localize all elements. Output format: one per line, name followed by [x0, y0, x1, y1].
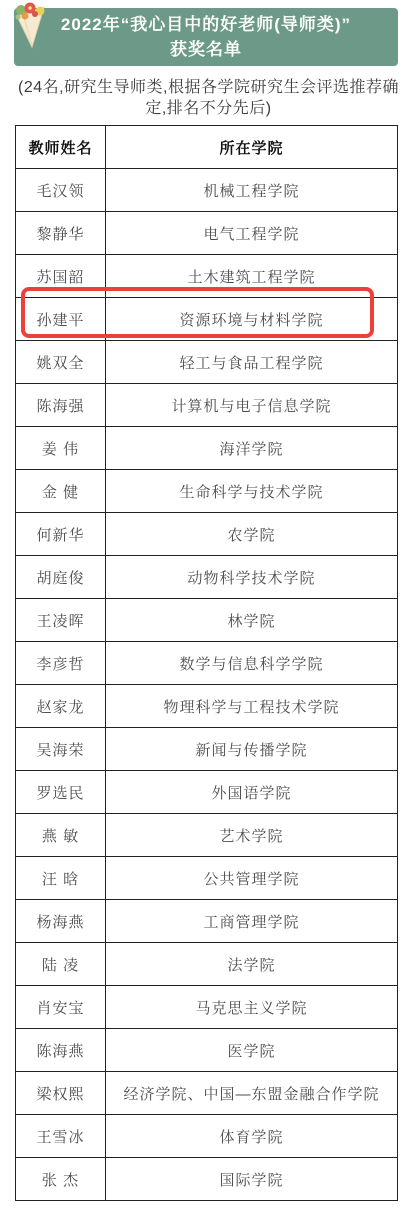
- table-row: 姜 伟海洋学院: [16, 427, 398, 470]
- page-title-line2: 获奖名单: [14, 37, 398, 62]
- college-cell: 医学院: [106, 1029, 398, 1072]
- teacher-name-cell: 赵家龙: [16, 685, 106, 728]
- teacher-name-cell: 张 杰: [16, 1158, 106, 1201]
- table-row: 张 杰国际学院: [16, 1158, 398, 1201]
- college-cell: 体育学院: [106, 1115, 398, 1158]
- table-row: 汪 晗公共管理学院: [16, 857, 398, 900]
- header-college: 所在学院: [106, 126, 398, 169]
- teacher-name-cell: 胡庭俊: [16, 556, 106, 599]
- college-cell: 动物科学技术学院: [106, 556, 398, 599]
- college-cell: 马克思主义学院: [106, 986, 398, 1029]
- table-row: 肖安宝马克思主义学院: [16, 986, 398, 1029]
- teacher-name-cell: 李彦哲: [16, 642, 106, 685]
- table-row: 王雪冰体育学院: [16, 1115, 398, 1158]
- teacher-name-cell: 毛汉领: [16, 169, 106, 212]
- teacher-name-cell: 苏国韶: [16, 255, 106, 298]
- teacher-name-cell: 黎静华: [16, 212, 106, 255]
- table-row: 燕 敏艺术学院: [16, 814, 398, 857]
- table-row: 赵家龙物理科学与工程技术学院: [16, 685, 398, 728]
- teacher-name-cell: 金 健: [16, 470, 106, 513]
- college-cell: 公共管理学院: [106, 857, 398, 900]
- college-cell: 生命科学与技术学院: [106, 470, 398, 513]
- table-row: 陈海强计算机与电子信息学院: [16, 384, 398, 427]
- table-row: 吴海荣新闻与传播学院: [16, 728, 398, 771]
- teacher-name-cell: 吴海荣: [16, 728, 106, 771]
- college-cell: 外国语学院: [106, 771, 398, 814]
- teacher-name-cell: 杨海燕: [16, 900, 106, 943]
- award-table: 教师姓名 所在学院 毛汉领机械工程学院 黎静华电气工程学院 苏国韶土木建筑工程学…: [15, 125, 398, 1201]
- subtitle-note: (24名,研究生导师类,根据各学院研究生会评选推荐确定,排名不分先后): [13, 77, 404, 119]
- table-row: 陈海燕医学院: [16, 1029, 398, 1072]
- teacher-name-cell: 何新华: [16, 513, 106, 556]
- teacher-name-cell: 姜 伟: [16, 427, 106, 470]
- teacher-name-cell: 王雪冰: [16, 1115, 106, 1158]
- table-row: 梁权熙经济学院、中国—东盟金融合作学院: [16, 1072, 398, 1115]
- college-cell: 农学院: [106, 513, 398, 556]
- teacher-name-cell: 王凌晖: [16, 599, 106, 642]
- college-cell: 国际学院: [106, 1158, 398, 1201]
- table-header-row: 教师姓名 所在学院: [16, 126, 398, 169]
- table-row-highlighted: 孙建平资源环境与材料学院: [16, 298, 398, 341]
- college-cell: 机械工程学院: [106, 169, 398, 212]
- teacher-name-cell: 陈海强: [16, 384, 106, 427]
- college-cell: 数学与信息科学学院: [106, 642, 398, 685]
- page-title-line1: 2022年“我心目中的好老师(导师类)”: [14, 12, 398, 37]
- teacher-name-cell: 陈海燕: [16, 1029, 106, 1072]
- teacher-name-cell: 罗选民: [16, 771, 106, 814]
- teacher-name-cell: 孙建平: [16, 298, 106, 341]
- header-teacher-name: 教师姓名: [16, 126, 106, 169]
- college-cell: 电气工程学院: [106, 212, 398, 255]
- college-cell: 轻工与食品工程学院: [106, 341, 398, 384]
- bouquet-icon: [13, 1, 53, 51]
- table-row: 杨海燕工商管理学院: [16, 900, 398, 943]
- teacher-name-cell: 肖安宝: [16, 986, 106, 1029]
- table-row: 王凌晖林学院: [16, 599, 398, 642]
- award-list-page: 2022年“我心目中的好老师(导师类)” 获奖名单 (24名,研究生导师类,根据…: [0, 0, 417, 1208]
- college-cell: 艺术学院: [106, 814, 398, 857]
- teacher-name-cell: 汪 晗: [16, 857, 106, 900]
- table-row: 毛汉领机械工程学院: [16, 169, 398, 212]
- table-row: 李彦哲数学与信息科学学院: [16, 642, 398, 685]
- college-cell: 海洋学院: [106, 427, 398, 470]
- teacher-name-cell: 梁权熙: [16, 1072, 106, 1115]
- college-cell: 经济学院、中国—东盟金融合作学院: [106, 1072, 398, 1115]
- college-cell: 工商管理学院: [106, 900, 398, 943]
- college-cell: 土木建筑工程学院: [106, 255, 398, 298]
- college-cell: 法学院: [106, 943, 398, 986]
- table-row: 金 健生命科学与技术学院: [16, 470, 398, 513]
- teacher-name-cell: 燕 敏: [16, 814, 106, 857]
- college-cell: 林学院: [106, 599, 398, 642]
- table-row: 胡庭俊动物科学技术学院: [16, 556, 398, 599]
- teacher-name-cell: 姚双全: [16, 341, 106, 384]
- college-cell: 计算机与电子信息学院: [106, 384, 398, 427]
- college-cell: 物理科学与工程技术学院: [106, 685, 398, 728]
- table-row: 苏国韶土木建筑工程学院: [16, 255, 398, 298]
- table-row: 罗选民外国语学院: [16, 771, 398, 814]
- college-cell: 资源环境与材料学院: [106, 298, 398, 341]
- table-row: 陆 凌法学院: [16, 943, 398, 986]
- college-cell: 新闻与传播学院: [106, 728, 398, 771]
- header-banner: 2022年“我心目中的好老师(导师类)” 获奖名单: [14, 8, 398, 66]
- teacher-name-cell: 陆 凌: [16, 943, 106, 986]
- table-row: 姚双全轻工与食品工程学院: [16, 341, 398, 384]
- table-row: 黎静华电气工程学院: [16, 212, 398, 255]
- table-row: 何新华农学院: [16, 513, 398, 556]
